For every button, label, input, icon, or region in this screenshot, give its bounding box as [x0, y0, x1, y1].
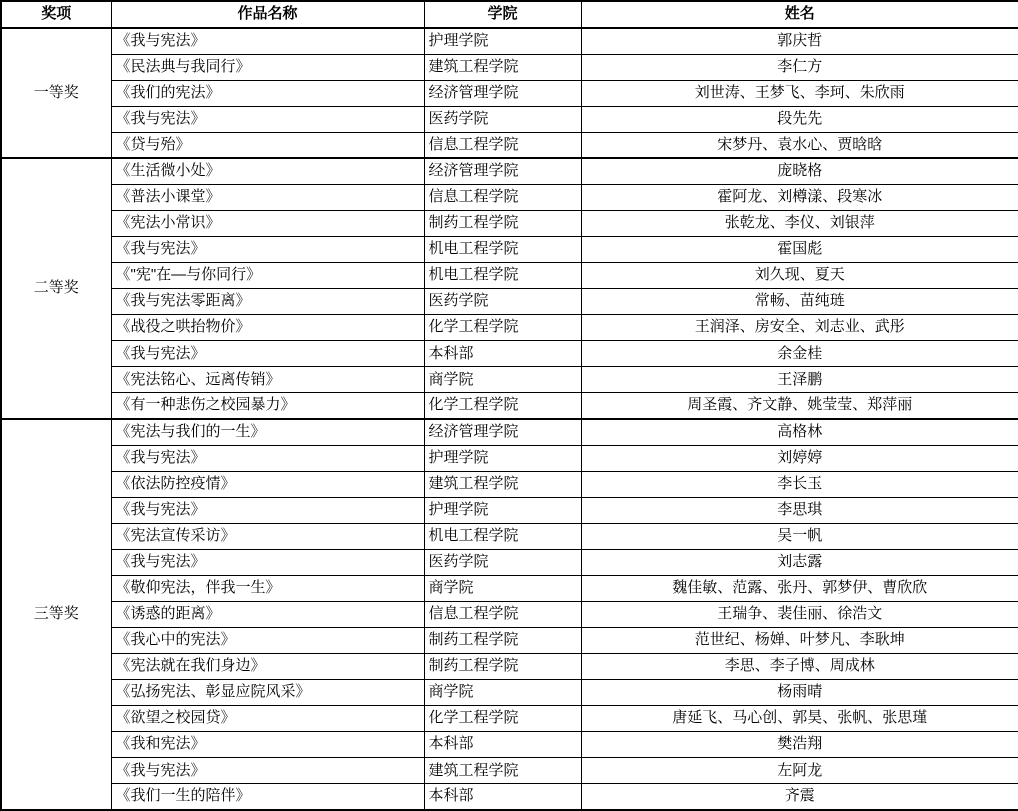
names-cell: 霍国彪 [581, 237, 1018, 263]
college-cell: 经济管理学院 [424, 419, 581, 445]
work-title-cell: 《我与宪法》 [111, 341, 424, 367]
names-cell: 刘久现、夏天 [581, 263, 1018, 289]
table-row: 《贷与殆》信息工程学院宋梦丹、袁水心、贾晗晗 [1, 132, 1018, 158]
college-cell: 机电工程学院 [424, 237, 581, 263]
college-cell: 医药学院 [424, 289, 581, 315]
college-cell: 医药学院 [424, 106, 581, 132]
table-row: 《我与宪法》建筑工程学院左阿龙 [1, 758, 1018, 784]
table-row: 《我与宪法》机电工程学院霍国彪 [1, 237, 1018, 263]
table-row: 一等奖《我与宪法》护理学院郭庆哲 [1, 28, 1018, 54]
table-row: 《欲望之校园贷》化学工程学院唐延飞、马心创、郭昊、张帆、张思瑾 [1, 706, 1018, 732]
work-title-cell: 《宪法小常识》 [111, 210, 424, 236]
work-title-cell: 《我与宪法》 [111, 549, 424, 575]
table-row: 《我与宪法》护理学院刘婷婷 [1, 445, 1018, 471]
table-row: 《弘扬宪法、彰显应院风采》商学院杨雨晴 [1, 680, 1018, 706]
work-title-cell: 《贷与殆》 [111, 132, 424, 158]
work-title-cell: 《生活微小处》 [111, 158, 424, 184]
table-row: 《有一种悲伤之校园暴力》化学工程学院周圣霞、齐文静、姚莹莹、郑萍丽 [1, 393, 1018, 419]
table-row: 《我们一生的陪伴》本科部齐震 [1, 784, 1018, 810]
work-title-cell: 《普法小课堂》 [111, 184, 424, 210]
names-cell: 李长玉 [581, 471, 1018, 497]
names-cell: 余金桂 [581, 341, 1018, 367]
names-cell: 王瑞争、裴佳丽、徐浩文 [581, 601, 1018, 627]
table-row: 《我们的宪法》经济管理学院刘世涛、王梦飞、李珂、朱欣雨 [1, 80, 1018, 106]
names-cell: 樊浩翔 [581, 732, 1018, 758]
college-cell: 制药工程学院 [424, 210, 581, 236]
college-cell: 商学院 [424, 575, 581, 601]
award-cell: 三等奖 [1, 419, 111, 810]
college-cell: 化学工程学院 [424, 315, 581, 341]
work-title-cell: 《诱惑的距离》 [111, 601, 424, 627]
table-row: 二等奖《生活微小处》经济管理学院庞晓格 [1, 158, 1018, 184]
work-title-cell: 《宪法就在我们身边》 [111, 654, 424, 680]
names-cell: 庞晓格 [581, 158, 1018, 184]
table-row: 《我与宪法》护理学院李思琪 [1, 497, 1018, 523]
college-cell: 制药工程学院 [424, 627, 581, 653]
table-row: 《普法小课堂》信息工程学院霍阿龙、刘樽漾、段寒冰 [1, 184, 1018, 210]
work-title-cell: 《有一种悲伤之校园暴力》 [111, 393, 424, 419]
college-cell: 经济管理学院 [424, 158, 581, 184]
work-title-cell: 《我和宪法》 [111, 732, 424, 758]
work-title-cell: 《我与宪法》 [111, 237, 424, 263]
names-cell: 王润泽、房安全、刘志业、武彤 [581, 315, 1018, 341]
table-row: 《宪法小常识》制药工程学院张乾龙、李仪、刘银萍 [1, 210, 1018, 236]
names-cell: 唐延飞、马心创、郭昊、张帆、张思瑾 [581, 706, 1018, 732]
names-cell: 李仁方 [581, 54, 1018, 80]
work-title-cell: 《我们的宪法》 [111, 80, 424, 106]
table-row: 《诱惑的距离》信息工程学院王瑞争、裴佳丽、徐浩文 [1, 601, 1018, 627]
names-cell: 高格林 [581, 419, 1018, 445]
college-cell: 机电工程学院 [424, 523, 581, 549]
work-title-cell: 《我心中的宪法》 [111, 627, 424, 653]
table-row: 《我心中的宪法》制药工程学院范世纪、杨婵、叶梦凡、李耿坤 [1, 627, 1018, 653]
names-cell: 李思、李子博、周成林 [581, 654, 1018, 680]
work-title-cell: 《我与宪法零距离》 [111, 289, 424, 315]
college-cell: 制药工程学院 [424, 654, 581, 680]
names-cell: 周圣霞、齐文静、姚莹莹、郑萍丽 [581, 393, 1018, 419]
names-cell: 刘婷婷 [581, 445, 1018, 471]
header-award: 奖项 [1, 1, 111, 28]
names-cell: 王泽鹏 [581, 367, 1018, 393]
college-cell: 化学工程学院 [424, 706, 581, 732]
names-cell: 范世纪、杨婵、叶梦凡、李耿坤 [581, 627, 1018, 653]
header-college: 学院 [424, 1, 581, 28]
header-row: 奖项 作品名称 学院 姓名 [1, 1, 1018, 28]
work-title-cell: 《敬仰宪法，伴我一生》 [111, 575, 424, 601]
table-row: 《我与宪法》医药学院段先先 [1, 106, 1018, 132]
work-title-cell: 《我与宪法》 [111, 106, 424, 132]
names-cell: 左阿龙 [581, 758, 1018, 784]
college-cell: 建筑工程学院 [424, 54, 581, 80]
awards-table: 奖项 作品名称 学院 姓名 一等奖《我与宪法》护理学院郭庆哲《民法典与我同行》建… [0, 0, 1018, 811]
header-work-title: 作品名称 [111, 1, 424, 28]
college-cell: 商学院 [424, 680, 581, 706]
college-cell: 本科部 [424, 341, 581, 367]
college-cell: 护理学院 [424, 497, 581, 523]
header-names: 姓名 [581, 1, 1018, 28]
work-title-cell: 《战役之哄抬物价》 [111, 315, 424, 341]
table-row: 《战役之哄抬物价》化学工程学院王润泽、房安全、刘志业、武彤 [1, 315, 1018, 341]
college-cell: 本科部 [424, 732, 581, 758]
college-cell: 机电工程学院 [424, 263, 581, 289]
work-title-cell: 《我们一生的陪伴》 [111, 784, 424, 810]
college-cell: 商学院 [424, 367, 581, 393]
college-cell: 建筑工程学院 [424, 758, 581, 784]
college-cell: 信息工程学院 [424, 601, 581, 627]
work-title-cell: 《宪法铭心、远离传销》 [111, 367, 424, 393]
work-title-cell: 《我与宪法》 [111, 758, 424, 784]
college-cell: 化学工程学院 [424, 393, 581, 419]
table-row: 《我与宪法》本科部余金桂 [1, 341, 1018, 367]
table-row: 三等奖《宪法与我们的一生》经济管理学院高格林 [1, 419, 1018, 445]
college-cell: 护理学院 [424, 28, 581, 54]
table-row: 《我与宪法》医药学院刘志露 [1, 549, 1018, 575]
college-cell: 经济管理学院 [424, 80, 581, 106]
college-cell: 医药学院 [424, 549, 581, 575]
work-title-cell: 《民法典与我同行》 [111, 54, 424, 80]
names-cell: 段先先 [581, 106, 1018, 132]
award-cell: 二等奖 [1, 158, 111, 419]
names-cell: 霍阿龙、刘樽漾、段寒冰 [581, 184, 1018, 210]
table-row: 《宪法宣传采访》机电工程学院吴一帆 [1, 523, 1018, 549]
college-cell: 信息工程学院 [424, 132, 581, 158]
awards-document-page: 奖项 作品名称 学院 姓名 一等奖《我与宪法》护理学院郭庆哲《民法典与我同行》建… [0, 0, 1018, 811]
college-cell: 建筑工程学院 [424, 471, 581, 497]
table-row: 《宪法铭心、远离传销》商学院王泽鹏 [1, 367, 1018, 393]
table-row: 《依法防控疫情》建筑工程学院李长玉 [1, 471, 1018, 497]
table-row: 《敬仰宪法，伴我一生》商学院魏佳敏、范露、张丹、郭梦伊、曹欣欣 [1, 575, 1018, 601]
work-title-cell: 《依法防控疫情》 [111, 471, 424, 497]
work-title-cell: 《"宪"在—与你同行》 [111, 263, 424, 289]
work-title-cell: 《我与宪法》 [111, 445, 424, 471]
college-cell: 护理学院 [424, 445, 581, 471]
table-row: 《我和宪法》本科部樊浩翔 [1, 732, 1018, 758]
table-row: 《我与宪法零距离》医药学院常畅、苗纯琏 [1, 289, 1018, 315]
work-title-cell: 《欲望之校园贷》 [111, 706, 424, 732]
work-title-cell: 《我与宪法》 [111, 497, 424, 523]
table-row: 《民法典与我同行》建筑工程学院李仁方 [1, 54, 1018, 80]
names-cell: 常畅、苗纯琏 [581, 289, 1018, 315]
table-row: 《宪法就在我们身边》制药工程学院李思、李子博、周成林 [1, 654, 1018, 680]
names-cell: 刘志露 [581, 549, 1018, 575]
names-cell: 宋梦丹、袁水心、贾晗晗 [581, 132, 1018, 158]
names-cell: 郭庆哲 [581, 28, 1018, 54]
names-cell: 齐震 [581, 784, 1018, 810]
college-cell: 信息工程学院 [424, 184, 581, 210]
names-cell: 张乾龙、李仪、刘银萍 [581, 210, 1018, 236]
work-title-cell: 《我与宪法》 [111, 28, 424, 54]
award-cell: 一等奖 [1, 28, 111, 158]
names-cell: 杨雨晴 [581, 680, 1018, 706]
college-cell: 本科部 [424, 784, 581, 810]
names-cell: 刘世涛、王梦飞、李珂、朱欣雨 [581, 80, 1018, 106]
work-title-cell: 《宪法宣传采访》 [111, 523, 424, 549]
names-cell: 吴一帆 [581, 523, 1018, 549]
work-title-cell: 《弘扬宪法、彰显应院风采》 [111, 680, 424, 706]
table-row: 《"宪"在—与你同行》机电工程学院刘久现、夏天 [1, 263, 1018, 289]
names-cell: 李思琪 [581, 497, 1018, 523]
work-title-cell: 《宪法与我们的一生》 [111, 419, 424, 445]
names-cell: 魏佳敏、范露、张丹、郭梦伊、曹欣欣 [581, 575, 1018, 601]
